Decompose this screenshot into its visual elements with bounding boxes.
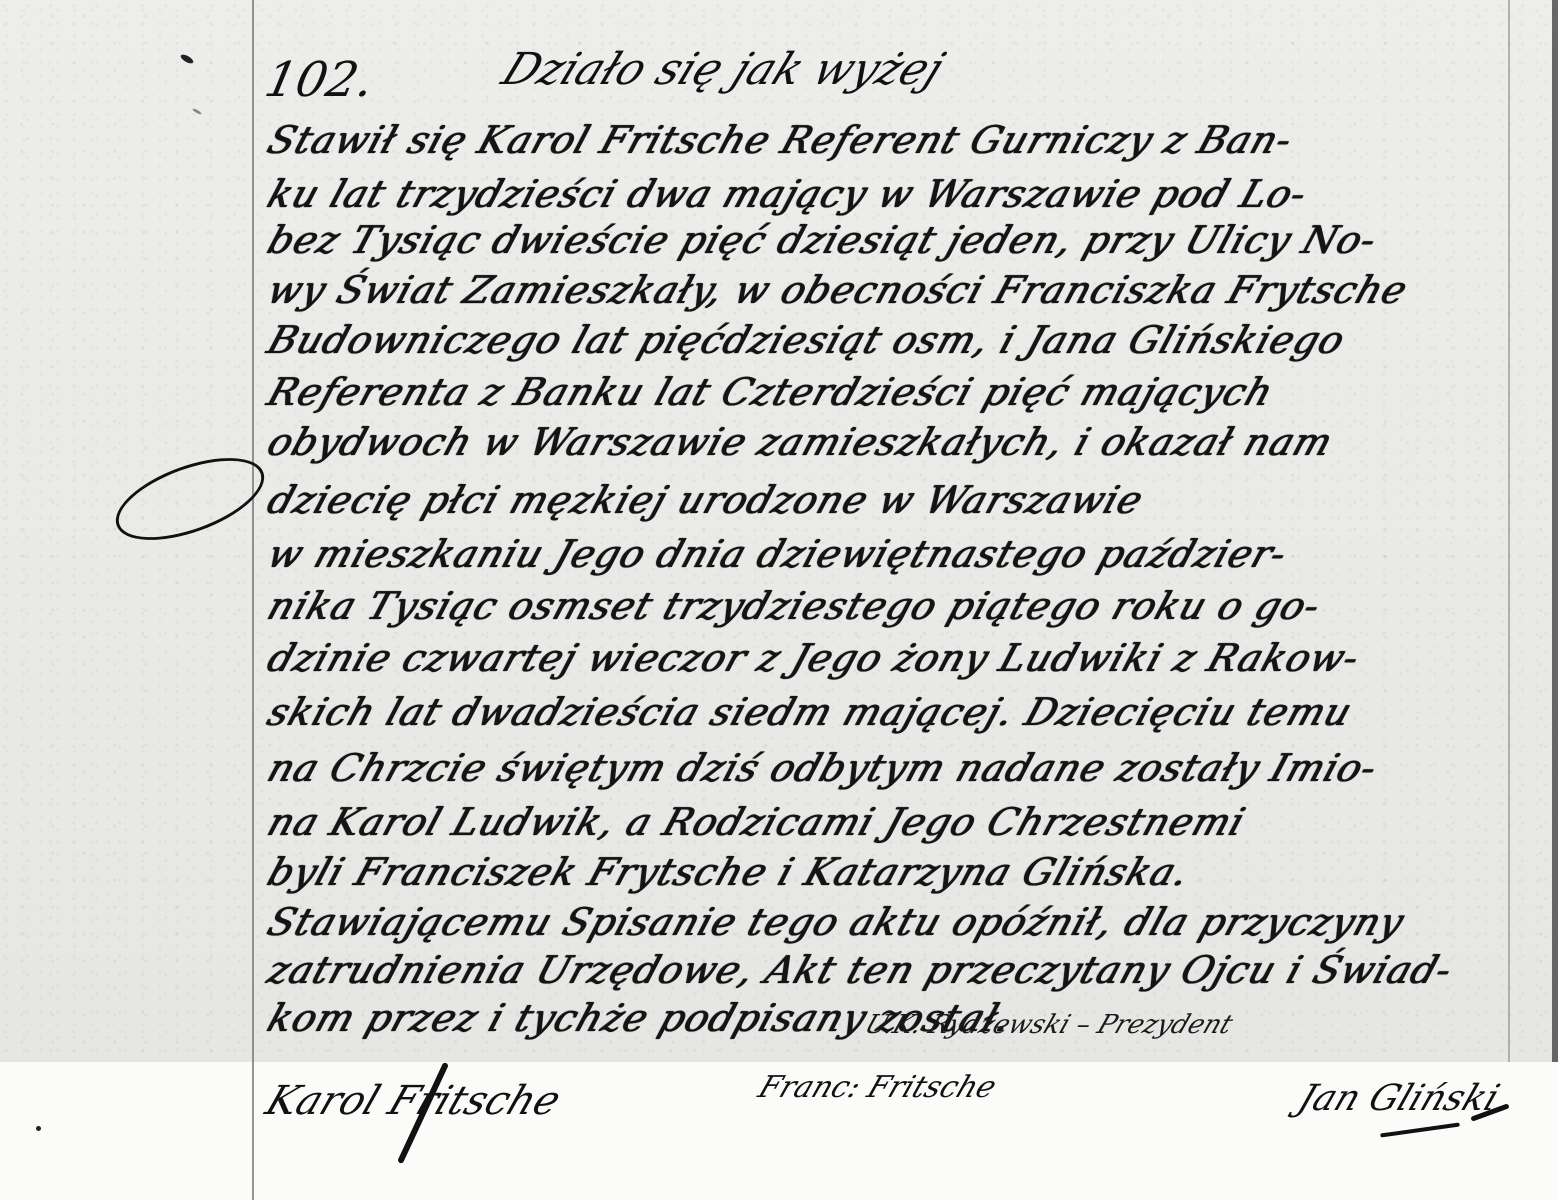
text-line: ku lat trzydzieści dwa mający w Warszawi…	[262, 172, 1313, 216]
text-line: obydwoch w Warszawie zamieszkałych, i ok…	[262, 420, 1338, 464]
signature-witness-1: Franc: Fritsche	[754, 1070, 1002, 1105]
officiant-signoff: U.K. Rydzewski – Prezydent	[861, 1010, 1237, 1040]
text-line: na Karol Ludwik, a Rodzicami Jego Chrzes…	[262, 800, 1251, 844]
text-line: Stawił się Karol Fritsche Referent Gurni…	[262, 118, 1298, 162]
ink-blot	[36, 1126, 41, 1131]
left-margin-rule	[252, 0, 254, 1200]
signature-father: Karol Fritsche	[260, 1078, 567, 1124]
text-line: Stawiającemu Spisanie tego aktu opóźnił,…	[262, 900, 1410, 944]
text-line: dziecię płci męzkiej urodzone w Warszawi…	[262, 478, 1149, 522]
record-heading: Działo się jak wyżej	[495, 44, 952, 95]
text-line: Budowniczego lat pięćdziesiąt osm, i Jan…	[262, 318, 1351, 362]
text-line: skich lat dwadzieścia siedm mającej. Dzi…	[262, 690, 1358, 734]
entry-number: 102.	[260, 52, 379, 108]
signature-witness-2: Jan Gliński	[1293, 1078, 1505, 1119]
right-margin-rule	[1508, 0, 1510, 1062]
text-line: Referenta z Banku lat Czterdzieści pięć …	[262, 370, 1279, 414]
text-line: na Chrzcie świętym dziś odbytym nadane z…	[262, 746, 1383, 790]
text-line: zatrudnienia Urzędowe, Akt ten przeczyta…	[262, 948, 1458, 992]
page-edge	[1552, 0, 1558, 1062]
text-line: byli Franciszek Frytsche i Katarzyna Gli…	[262, 850, 1195, 894]
text-line: w mieszkaniu Jego dnia dziewiętnastego p…	[262, 532, 1293, 576]
text-line: bez Tysiąc dwieście pięć dziesiąt jeden,…	[262, 218, 1383, 262]
text-line: dzinie czwartej wieczor z Jego żony Ludw…	[262, 636, 1365, 680]
text-line: wy Świat Zamieszkały, w obecności Franci…	[262, 268, 1413, 312]
text-line: nika Tysiąc osmset trzydziestego piątego…	[262, 584, 1326, 628]
